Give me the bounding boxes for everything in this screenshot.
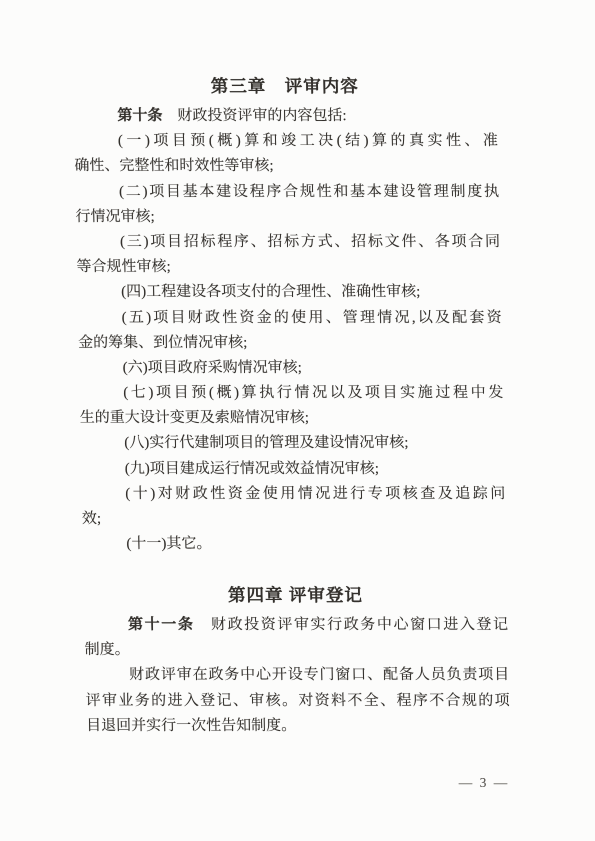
text-line: (四)工程建设各项支付的合理性、准确性审核;	[77, 280, 502, 305]
line-text: (三)项目招标程序、招标方式、招标文件、各项合同	[120, 234, 500, 250]
text-line: 第十一条 财政投资评审实行政务中心窗口进入登记	[84, 613, 509, 638]
chapter-3-heading: 第三章 评审内容	[73, 73, 498, 98]
article-number-bold: 第十条	[117, 108, 162, 124]
line-text: 财政投资评审的内容包括:	[162, 108, 347, 124]
text-line: 第十条 财政投资评审的内容包括:	[73, 104, 498, 129]
scanned-text-layer: 第三章 评审内容 第十条 财政投资评审的内容包括: (一)项目预(概)算和竣工决…	[0, 0, 595, 841]
line-text: 金的筹集、到位情况审核;	[78, 335, 248, 351]
line-text: 财政投资评审实行政务中心窗口进入登记	[194, 617, 508, 633]
text-line: 行情况审核;	[75, 205, 500, 230]
article-10-body: 第十条 财政投资评审的内容包括: (一)项目预(概)算和竣工决(结)算的真实性、…	[73, 104, 506, 557]
line-text: 生的重大设计变更及索赔情况审核;	[80, 410, 310, 426]
text-line: 目退回并实行一次性告知制度。	[86, 714, 511, 739]
line-text: (五)项目财政性资金的使用、管理情况,以及配套资	[121, 310, 501, 326]
line-text: 目退回并实行一次性告知制度。	[86, 718, 296, 734]
line-text: (一)项目预(概)算和竣工决(结)算的真实性、准	[118, 133, 498, 149]
text-line: (八)实行代建制项目的管理及建设情况审核;	[80, 431, 505, 456]
article-11-body: 第十一条 财政投资评审实行政务中心窗口进入登记 制度。 财政评审在政务中心开设专…	[84, 613, 511, 739]
text-line: (二)项目基本建设程序合规性和基本建设管理制度执	[75, 180, 500, 205]
text-line: 财政评审在政务中心开设专门窗口、配备人员负责项目	[85, 663, 510, 688]
text-line: 效;	[82, 507, 507, 532]
line-text: 确性、完整性和时效性等审核;	[74, 158, 274, 174]
text-line: (十)对财政性资金使用情况进行专项核查及追踪问	[81, 482, 506, 507]
article-number-bold: 第十一条	[128, 617, 195, 633]
text-line: 金的筹集、到位情况审核;	[78, 331, 503, 356]
text-line: (九)项目建成运行情况或效益情况审核;	[81, 457, 506, 482]
line-text: (六)项目政府采购情况审核;	[123, 360, 303, 376]
text-line: 生的重大设计变更及索赔情况审核;	[80, 406, 505, 431]
text-line: (一)项目预(概)算和竣工决(结)算的真实性、准	[74, 129, 499, 154]
text-line: 制度。	[84, 638, 509, 663]
line-text: 制度。	[84, 642, 129, 658]
text-line: (五)项目财政性资金的使用、管理情况,以及配套资	[77, 306, 502, 331]
line-text: (十一)其它。	[126, 536, 211, 552]
line-text: 财政评审在政务中心开设专门窗口、配备人员负责项目	[129, 667, 509, 683]
line-text: 效;	[82, 511, 102, 527]
text-line: 评审业务的进入登记、审核。对资料不全、程序不合规的项	[85, 689, 510, 714]
page-number: — 3 —	[448, 775, 520, 791]
line-text: 评审业务的进入登记、审核。对资料不全、程序不合规的项	[86, 693, 510, 709]
line-text: 等合规性审核;	[76, 259, 171, 275]
line-text: (四)工程建设各项支付的合理性、准确性审核;	[121, 284, 421, 300]
line-text: (七)项目预(概)算执行情况以及项目实施过程中发	[123, 385, 503, 401]
text-line: (三)项目招标程序、招标方式、招标文件、各项合同	[76, 230, 501, 255]
line-text: (十)对财政性资金使用情况进行专项核查及追踪问	[125, 486, 505, 502]
line-text: (二)项目基本建设程序合规性和基本建设管理制度执	[119, 184, 499, 200]
text-line: 确性、完整性和时效性等审核;	[74, 154, 499, 179]
line-text: (九)项目建成运行情况或效益情况审核;	[125, 461, 380, 477]
chapter-4-heading: 第四章 评审登记	[83, 582, 508, 607]
text-line: (六)项目政府采购情况审核;	[78, 356, 503, 381]
text-line: (十一)其它。	[82, 532, 507, 557]
document-page: 第三章 评审内容 第十条 财政投资评审的内容包括: (一)项目预(概)算和竣工决…	[0, 0, 595, 841]
text-line: (七)项目预(概)算执行情况以及项目实施过程中发	[79, 381, 504, 406]
line-text: (八)实行代建制项目的管理及建设情况审核;	[124, 435, 409, 451]
line-text: 行情况审核;	[75, 209, 155, 225]
text-line: 等合规性审核;	[76, 255, 501, 280]
